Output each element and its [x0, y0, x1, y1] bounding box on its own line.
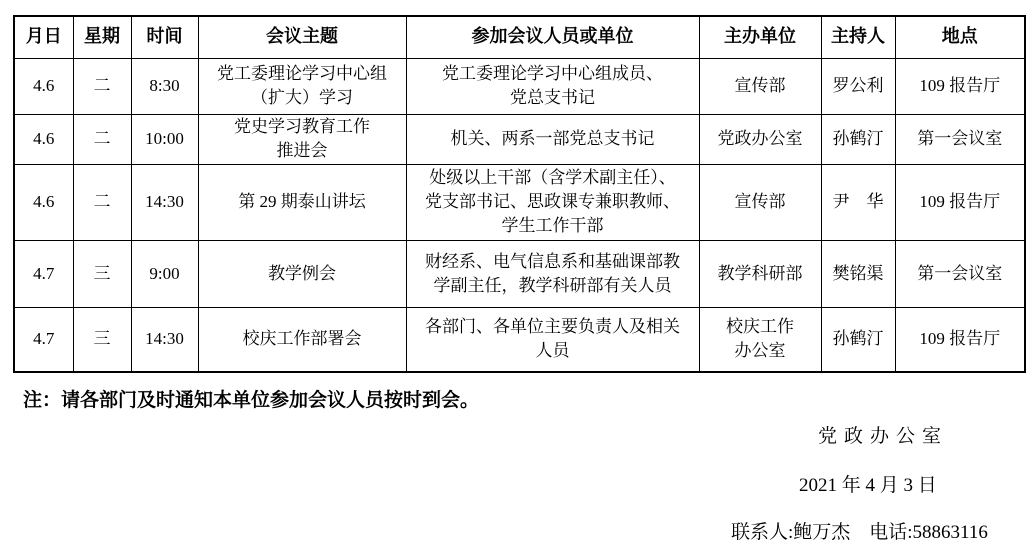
cell-weekday: 二	[73, 164, 131, 240]
col-header-time: 时间	[131, 16, 198, 58]
cell-organizer: 党政办公室	[699, 114, 821, 164]
cell-month-day: 4.7	[14, 240, 73, 307]
col-header-host: 主持人	[821, 16, 895, 58]
cell-participants: 各部门、各单位主要负责人及相关 人员	[406, 307, 699, 372]
cell-organizer: 教学科研部	[699, 240, 821, 307]
header-row: 月日 星期 时间 会议主题 参加会议人员或单位 主办单位 主持人 地点	[14, 16, 1025, 58]
cell-participants: 党工委理论学习中心组成员、 党总支书记	[406, 58, 699, 114]
cell-host: 尹 华	[821, 164, 895, 240]
col-header-organizer: 主办单位	[699, 16, 821, 58]
col-header-month-day: 月日	[14, 16, 73, 58]
cell-month-day: 4.6	[14, 114, 73, 164]
contact-line: 联系人:鲍万杰 电话:58863116	[731, 517, 988, 544]
cell-participants: 机关、两系一部党总支书记	[406, 114, 699, 164]
cell-weekday: 二	[73, 114, 131, 164]
cell-host: 孙鹤汀	[821, 307, 895, 372]
table-row: 4.6 二 14:30 第 29 期泰山讲坛 处级以上干部（含学术副主任）、 党…	[14, 164, 1025, 240]
cell-participants: 财经系、电气信息系和基础课部教 学副主任，教学科研部有关人员	[406, 240, 699, 307]
cell-topic: 校庆工作部署会	[198, 307, 406, 372]
cell-organizer: 宣传部	[699, 58, 821, 114]
cell-weekday: 二	[73, 58, 131, 114]
cell-location: 第一会议室	[895, 114, 1025, 164]
cell-organizer: 校庆工作 办公室	[699, 307, 821, 372]
signature-office: 党政办公室	[818, 421, 948, 448]
cell-location: 109 报告厅	[895, 307, 1025, 372]
cell-time: 14:30	[131, 307, 198, 372]
note-text: 注：请各部门及时通知本单位参加会议人员按时到会。	[23, 385, 479, 412]
meeting-schedule-table: 月日 星期 时间 会议主题 参加会议人员或单位 主办单位 主持人 地点 4.6 …	[13, 15, 1026, 373]
cell-weekday: 三	[73, 240, 131, 307]
cell-topic: 第 29 期泰山讲坛	[198, 164, 406, 240]
cell-month-day: 4.6	[14, 58, 73, 114]
cell-month-day: 4.7	[14, 307, 73, 372]
table-row: 4.6 二 10:00 党史学习教育工作 推进会 机关、两系一部党总支书记 党政…	[14, 114, 1025, 164]
cell-host: 孙鹤汀	[821, 114, 895, 164]
cell-month-day: 4.6	[14, 164, 73, 240]
col-header-weekday: 星期	[73, 16, 131, 58]
cell-organizer: 宣传部	[699, 164, 821, 240]
document-page: 月日 星期 时间 会议主题 参加会议人员或单位 主办单位 主持人 地点 4.6 …	[0, 0, 1034, 548]
col-header-topic: 会议主题	[198, 16, 406, 58]
table-row: 4.7 三 9:00 教学例会 财经系、电气信息系和基础课部教 学副主任，教学科…	[14, 240, 1025, 307]
cell-topic: 党史学习教育工作 推进会	[198, 114, 406, 164]
cell-time: 14:30	[131, 164, 198, 240]
cell-topic: 党工委理论学习中心组 （扩大）学习	[198, 58, 406, 114]
cell-time: 8:30	[131, 58, 198, 114]
table-row: 4.6 二 8:30 党工委理论学习中心组 （扩大）学习 党工委理论学习中心组成…	[14, 58, 1025, 114]
cell-time: 9:00	[131, 240, 198, 307]
col-header-location: 地点	[895, 16, 1025, 58]
cell-host: 罗公利	[821, 58, 895, 114]
col-header-participants: 参加会议人员或单位	[406, 16, 699, 58]
date-line: 2021 年 4 月 3 日	[799, 470, 937, 497]
cell-location: 109 报告厅	[895, 58, 1025, 114]
cell-time: 10:00	[131, 114, 198, 164]
cell-location: 109 报告厅	[895, 164, 1025, 240]
cell-host: 樊铭渠	[821, 240, 895, 307]
cell-topic: 教学例会	[198, 240, 406, 307]
cell-location: 第一会议室	[895, 240, 1025, 307]
cell-participants: 处级以上干部（含学术副主任）、 党支部书记、思政课专兼职教师、 学生工作干部	[406, 164, 699, 240]
table-row: 4.7 三 14:30 校庆工作部署会 各部门、各单位主要负责人及相关 人员 校…	[14, 307, 1025, 372]
cell-weekday: 三	[73, 307, 131, 372]
